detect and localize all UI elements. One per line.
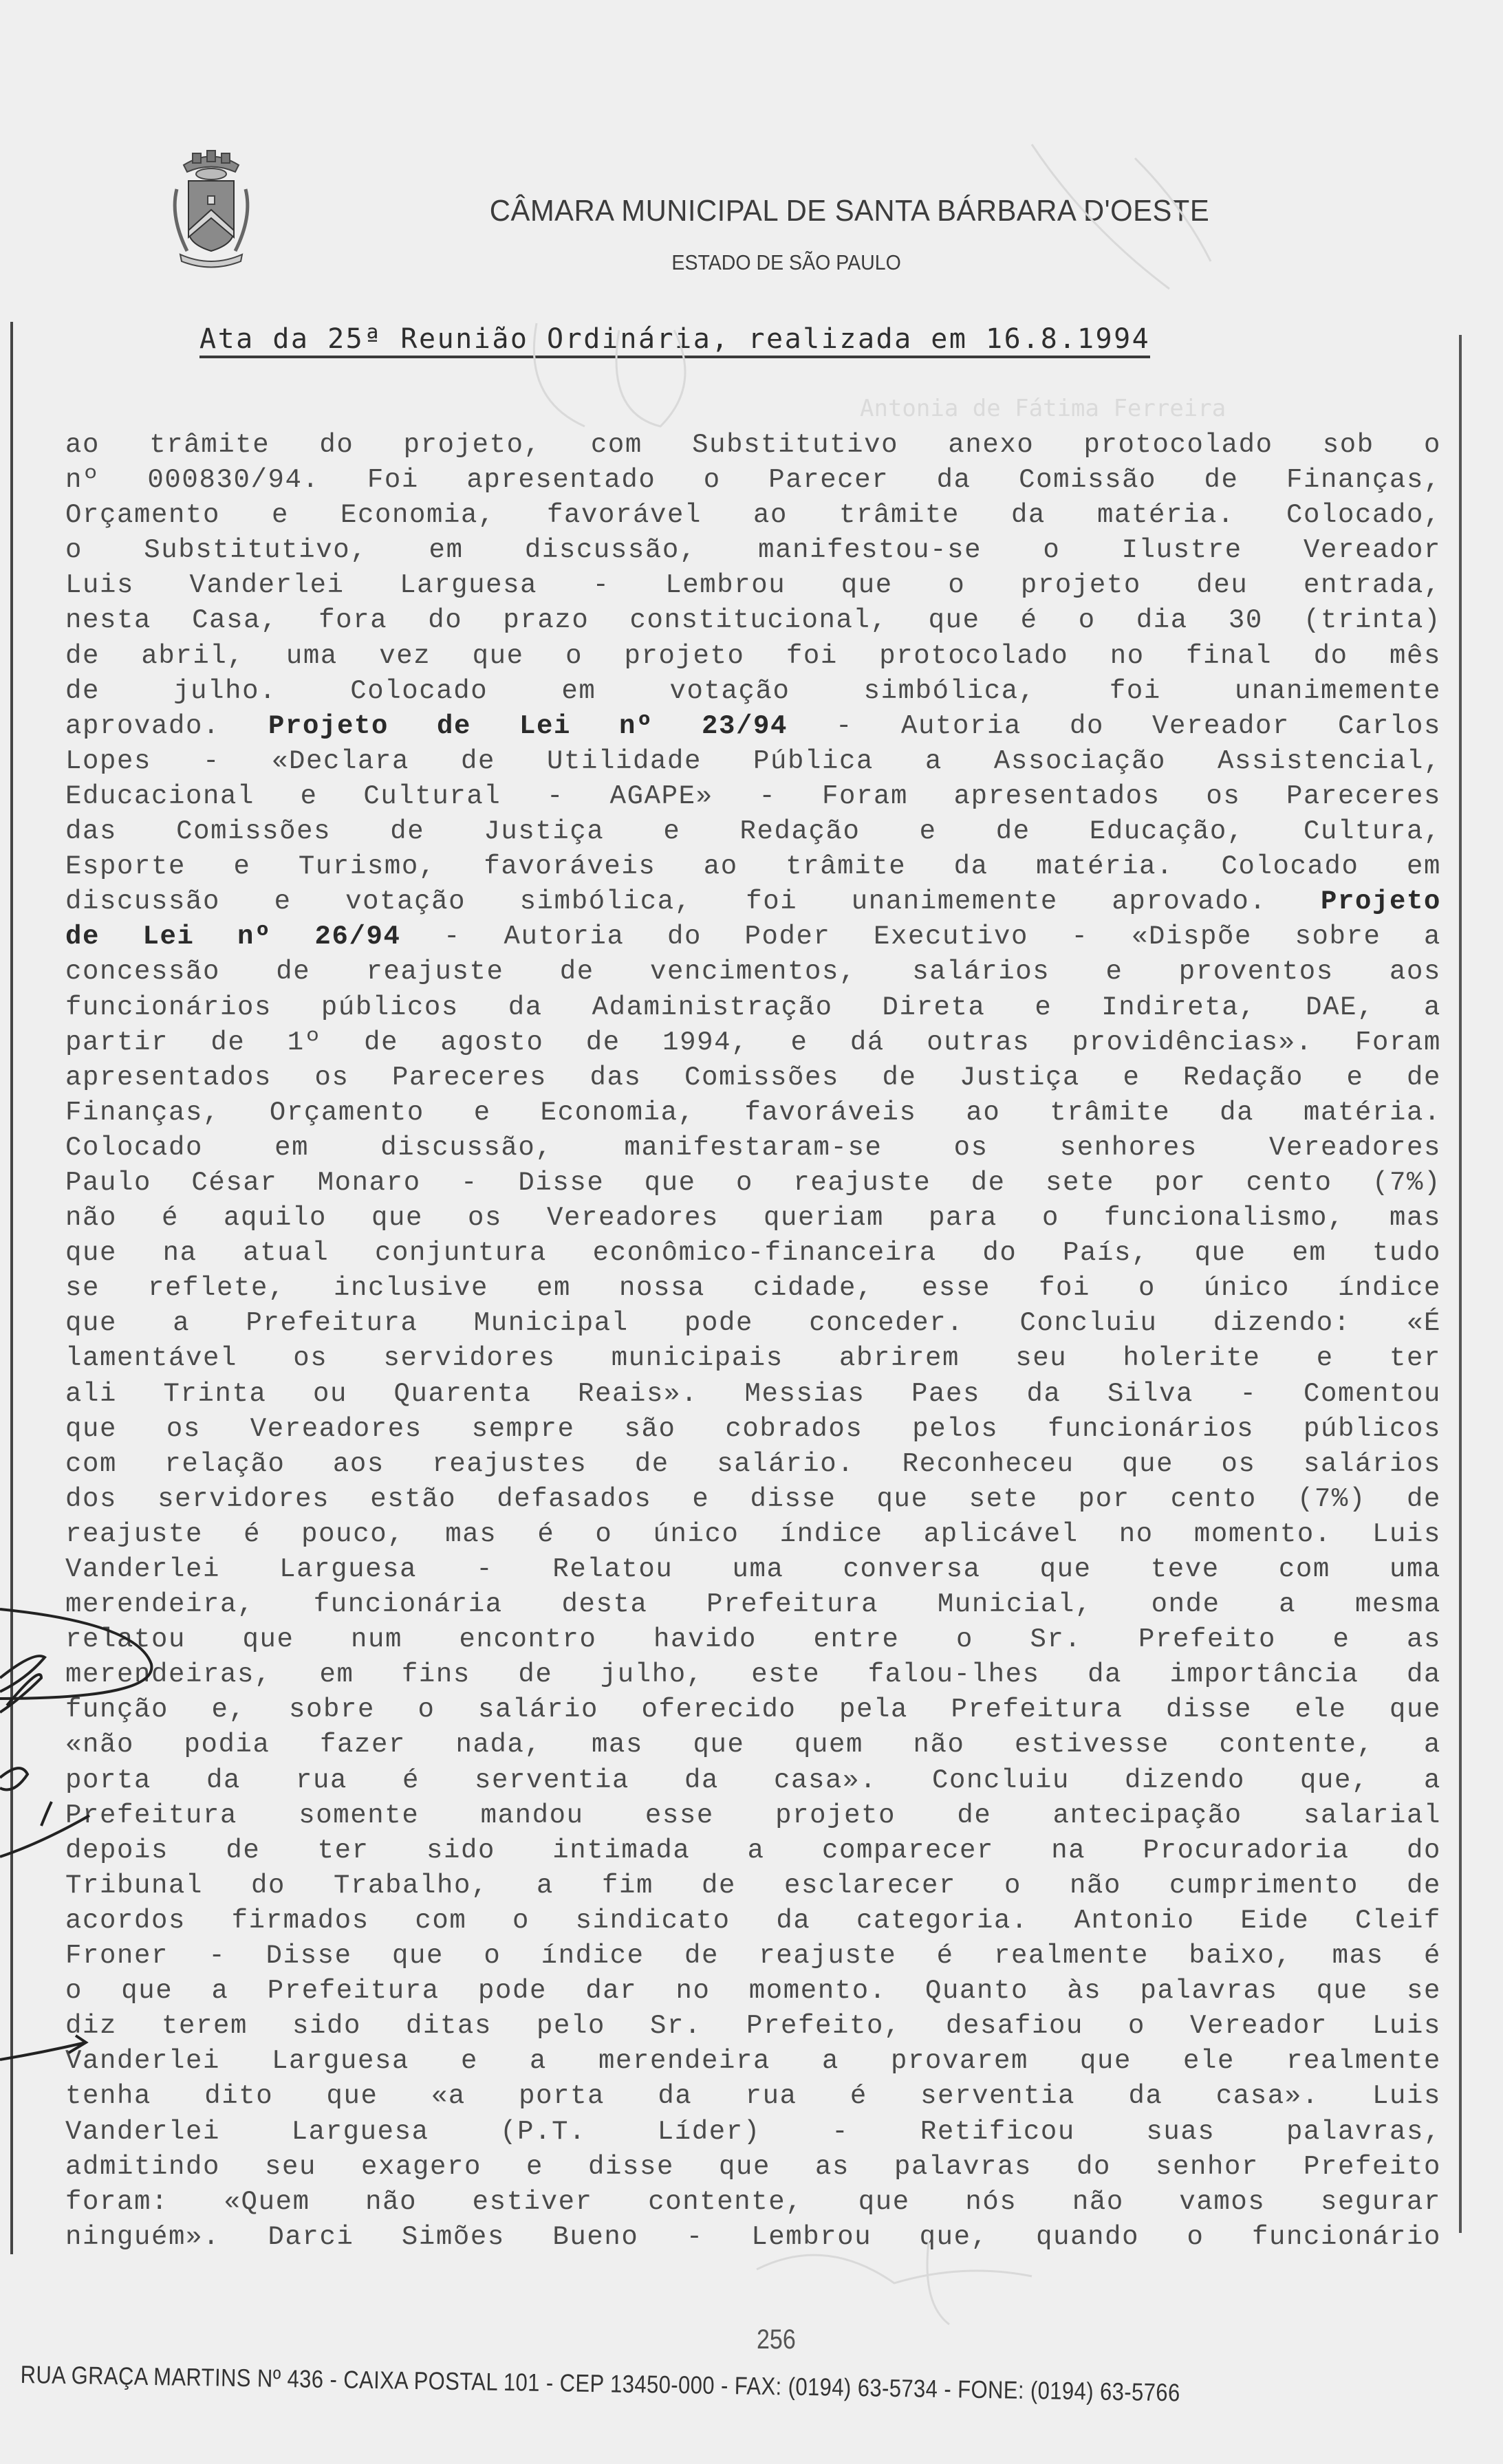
text-segment: concessão de reajuste de vencimentos, sa… [65,957,1441,987]
text-segment: se reflete, inclusive em nossa cidade, e… [65,1273,1441,1303]
text-line: que a Prefeitura Municipal pode conceder… [65,1306,1441,1341]
text-segment: o Substitutivo, em discussão, manifestou… [65,535,1441,565]
text-segment: discussão e votação simbólica, foi unani… [65,886,1321,917]
text-segment: Vanderlei Larguesa - Relatou uma convers… [65,1554,1441,1584]
text-line: aprovado. Projeto de Lei nº 23/94 - Auto… [65,709,1441,744]
text-segment: - Autoria do Vereador Carlos [788,711,1441,741]
text-segment: apresentados os Pareceres das Comissões … [65,1062,1441,1093]
text-segment: «não podia fazer nada, mas que quem não … [65,1730,1441,1760]
text-segment: dos servidores estão defasados e disse q… [65,1484,1441,1514]
text-segment: ao trâmite do projeto, com Substitutivo … [65,430,1441,460]
text-segment: Tribunal do Trabalho, a fim de esclarece… [65,1871,1441,1901]
text-line: merendeiras, em fins de julho, este falo… [65,1657,1441,1692]
text-segment: com relação aos reajustes de salário. Re… [65,1449,1441,1479]
organization-state: ESTADO DE SÃO PAULO [60,250,1442,275]
text-segment: aprovado. [65,711,268,741]
text-segment: admitindo seu exagero e disse que as pal… [65,2152,1441,2182]
text-segment: tenha dito que «a porta da rua é servent… [65,2081,1441,2111]
footer-address: RUA GRAÇA MARTINS Nº 436 - CAIXA POSTAL … [20,2360,1280,2409]
text-segment: funcionários públicos da Adaministração … [65,992,1441,1023]
text-line: tenha dito que «a porta da rua é servent… [65,2079,1441,2114]
text-segment: Esporte e Turismo, favoráveis ao trâmite… [65,851,1441,882]
text-segment: partir de 1º de agosto de 1994, e dá out… [65,1027,1441,1058]
text-line: admitindo seu exagero e disse que as pal… [65,2150,1441,2185]
text-segment: Educacional e Cultural - AGAPE» - Foram … [65,781,1441,811]
text-line: não é aquilo que os Vereadores queriam p… [65,1201,1441,1236]
text-line: que na atual conjuntura econômico-financ… [65,1236,1441,1271]
text-line: Educacional e Cultural - AGAPE» - Foram … [65,779,1441,814]
text-segment: ninguém». Darci Simões Bueno - Lembrou q… [65,2222,1441,2252]
text-segment: das Comissões de Justiça e Redação e de … [65,816,1441,847]
text-line: reajuste é pouco, mas é o único índice a… [65,1517,1441,1552]
document-title: Ata da 25ª Reunião Ordinária, realizada … [199,323,1150,358]
text-line: Finanças, Orçamento e Economia, favoráve… [65,1095,1441,1131]
text-segment: função e, sobre o salário oferecido pela… [65,1694,1441,1725]
text-segment: Vanderlei Larguesa e a merendeira a prov… [65,2046,1441,2076]
text-segment: merendeiras, em fins de julho, este falo… [65,1659,1441,1690]
text-line: de julho. Colocado em votação simbólica,… [65,674,1441,709]
text-line: Vanderlei Larguesa (P.T. Líder) - Retifi… [65,2115,1441,2150]
text-line: funcionários públicos da Adaministração … [65,990,1441,1025]
text-line: se reflete, inclusive em nossa cidade, e… [65,1271,1441,1306]
text-segment: que os Vereadores sempre são cobrados pe… [65,1414,1441,1444]
text-segment: Orçamento e Economia, favorável ao trâmi… [65,500,1441,530]
bill-reference: de Lei nº 26/94 [65,922,401,952]
text-line: diz terem sido ditas pelo Sr. Prefeito, … [65,2009,1441,2044]
text-segment: Prefeitura somente mandou esse projeto d… [65,1800,1441,1831]
page-number: 256 [757,2324,796,2355]
text-segment: porta da rua é serventia da casa». Concl… [65,1765,1441,1796]
text-segment: de julho. Colocado em votação simbólica,… [65,676,1441,706]
text-line: acordos firmados com o sindicato da cate… [65,1904,1441,1939]
text-segment: não é aquilo que os Vereadores queriam p… [65,1203,1441,1233]
text-segment: que a Prefeitura Municipal pode conceder… [65,1308,1441,1338]
text-line: de abril, uma vez que o projeto foi prot… [65,639,1441,674]
text-segment: Paulo César Monaro - Disse que o reajust… [65,1168,1441,1198]
text-segment: foram: «Quem não estiver contente, que n… [65,2187,1441,2217]
text-segment: - Autoria do Poder Executivo - «Dispõe s… [401,922,1442,952]
text-line: ninguém». Darci Simões Bueno - Lembrou q… [65,2220,1441,2255]
text-line: nesta Casa, fora do prazo constitucional… [65,603,1441,638]
text-segment: Froner - Disse que o índice de reajuste … [65,1941,1441,1971]
left-frame-border [10,322,13,2254]
text-line: Vanderlei Larguesa - Relatou uma convers… [65,1552,1441,1587]
text-segment: acordos firmados com o sindicato da cate… [65,1906,1441,1936]
text-line: «não podia fazer nada, mas que quem não … [65,1727,1441,1763]
text-line: Tribunal do Trabalho, a fim de esclarece… [65,1868,1441,1904]
text-line: Paulo César Monaro - Disse que o reajust… [65,1166,1441,1201]
text-line: Luis Vanderlei Larguesa - Lembrou que o … [65,568,1441,603]
text-segment: Lopes - «Declara de Utilidade Pública a … [65,746,1441,776]
text-segment: depois de ter sido intimada a comparecer… [65,1835,1441,1866]
text-line: dos servidores estão defasados e disse q… [65,1482,1441,1517]
text-segment: diz terem sido ditas pelo Sr. Prefeito, … [65,2011,1441,2041]
text-line: apresentados os Pareceres das Comissões … [65,1060,1441,1095]
text-segment: Luis Vanderlei Larguesa - Lembrou que o … [65,570,1441,600]
text-line: ali Trinta ou Quarenta Reais». Messias P… [65,1377,1441,1412]
text-line: merendeira, funcionária desta Prefeitura… [65,1587,1441,1622]
text-segment: relatou que num encontro havido entre o … [65,1624,1441,1655]
text-line: com relação aos reajustes de salário. Re… [65,1447,1441,1482]
text-line: Froner - Disse que o índice de reajuste … [65,1939,1441,1974]
text-line: depois de ter sido intimada a comparecer… [65,1833,1441,1868]
text-line: Prefeitura somente mandou esse projeto d… [65,1798,1441,1833]
text-line: que os Vereadores sempre são cobrados pe… [65,1412,1441,1447]
text-segment: Finanças, Orçamento e Economia, favoráve… [65,1098,1441,1128]
text-segment: de abril, uma vez que o projeto foi prot… [65,641,1441,671]
text-line: Vanderlei Larguesa e a merendeira a prov… [65,2044,1441,2079]
text-line: discussão e votação simbólica, foi unani… [65,884,1441,919]
text-line: lamentável os servidores municipais abri… [65,1341,1441,1376]
organization-name: CÂMARA MUNICIPAL DE SANTA BÁRBARA D'OEST… [38,194,1466,228]
text-line: Lopes - «Declara de Utilidade Pública a … [65,744,1441,779]
text-line: relatou que num encontro havido entre o … [65,1622,1441,1657]
text-line: o que a Prefeitura pode dar no momento. … [65,1974,1441,2009]
text-segment: que na atual conjuntura econômico-financ… [65,1238,1441,1268]
text-line: partir de 1º de agosto de 1994, e dá out… [65,1025,1441,1060]
pen-initials-icon [0,1656,45,1712]
text-segment: Vanderlei Larguesa (P.T. Líder) - Retifi… [65,2117,1441,2147]
text-line: nº 000830/94. Foi apresentado o Parecer … [65,463,1441,498]
text-segment: Colocado em discussão, manifestaram-se o… [65,1133,1441,1163]
text-line: das Comissões de Justiça e Redação e de … [65,814,1441,849]
text-segment: reajuste é pouco, mas é o único índice a… [65,1519,1441,1549]
text-line: foram: «Quem não estiver contente, que n… [65,2185,1441,2220]
bleed-through-text: Antonia de Fátima Ferreira [860,395,1226,422]
text-line: Esporte e Turismo, favoráveis ao trâmite… [65,849,1441,884]
right-frame-border [1459,335,1462,2233]
text-line: o Substitutivo, em discussão, manifestou… [65,533,1441,568]
text-segment: nº 000830/94. Foi apresentado o Parecer … [65,465,1441,495]
bill-reference: Projeto de Lei nº 23/94 [268,711,788,741]
text-line: porta da rua é serventia da casa». Concl… [65,1763,1441,1798]
text-line: concessão de reajuste de vencimentos, sa… [65,955,1441,990]
minutes-body-text: ao trâmite do projeto, com Substitutivo … [65,428,1441,2255]
text-line: Orçamento e Economia, favorável ao trâmi… [65,498,1441,533]
text-segment: merendeira, funcionária desta Prefeitura… [65,1589,1441,1620]
text-segment: lamentável os servidores municipais abri… [65,1343,1441,1373]
text-line: Colocado em discussão, manifestaram-se o… [65,1131,1441,1166]
text-line: função e, sobre o salário oferecido pela… [65,1692,1441,1727]
text-line: ao trâmite do projeto, com Substitutivo … [65,428,1441,463]
text-segment: ali Trinta ou Quarenta Reais». Messias P… [65,1379,1441,1409]
text-segment: nesta Casa, fora do prazo constitucional… [65,605,1441,635]
text-line: de Lei nº 26/94 - Autoria do Poder Execu… [65,919,1441,955]
bill-reference: Projeto [1321,886,1441,917]
text-segment: o que a Prefeitura pode dar no momento. … [65,1976,1441,2006]
